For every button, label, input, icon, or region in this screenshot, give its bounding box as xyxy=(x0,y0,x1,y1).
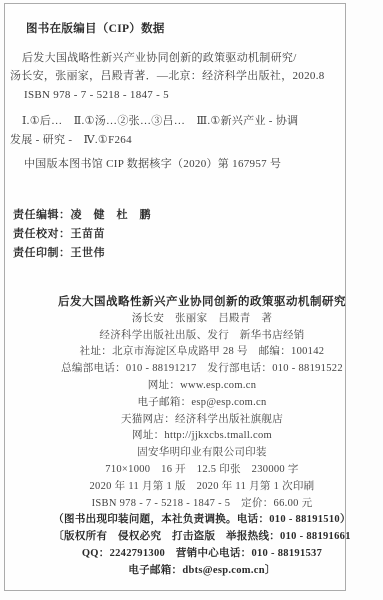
publisher-phones: 总编部电话：010 - 88191217 发行部电话：010 - 8819152… xyxy=(26,361,378,378)
cip-heading: 图书在版编目（CIP）数据 xyxy=(26,20,346,39)
responsible-print-supervisor: 责任印制：王世伟 xyxy=(13,244,151,263)
book-authors: 汤长安 张丽家 吕殿青 著 xyxy=(26,311,378,328)
copyright-notice: 〔版权所有 侵权必究 打击盗版 举报热线：010 - 88191661 xyxy=(26,529,378,546)
publisher-address: 社址：北京市海淀区阜成路甲 28 号 邮编：100142 xyxy=(26,344,378,361)
qq-marketing-line: QQ：2242791300 营销中心电话：010 - 88191537 xyxy=(26,546,378,563)
cip-isbn: ISBN 978 - 7 - 5218 - 1847 - 5 xyxy=(24,86,346,105)
staff-block: 责任编辑：凌 健 杜 鹏 责任校对：王苗苗 责任印制：王世伟 xyxy=(13,206,151,263)
colophon-block: 后发大国战略性新兴产业协同创新的政策驱动机制研究 汤长安 张丽家 吕殿青 著 经… xyxy=(26,294,378,580)
cip-authors-line: 汤长安，张丽家，吕殿青著．—北京：经济科学出版社，2020.8 xyxy=(10,67,346,86)
binding-problem-notice: （图书出现印装问题，本社负责调换。电话：010 - 88191510） xyxy=(26,512,378,529)
printing-company: 固安华明印业有限公司印装 xyxy=(26,445,378,462)
tmall-store: 天猫网店：经济科学出版社旗舰店 xyxy=(26,412,378,429)
responsible-proofreader: 责任校对：王苗苗 xyxy=(13,225,151,244)
cip-title-line: 后发大国战略性新兴产业协同创新的政策驱动机制研究/ xyxy=(22,49,346,68)
cip-record-number: 中国版本图书馆 CIP 数据核字（2020）第 167957 号 xyxy=(24,155,346,174)
cip-data-block: 图书在版编目（CIP）数据 后发大国战略性新兴产业协同创新的政策驱动机制研究/ … xyxy=(10,20,346,174)
book-title: 后发大国战略性新兴产业协同创新的政策驱动机制研究 xyxy=(26,294,378,311)
format-info: 710×1000 16 开 12.5 印张 230000 字 xyxy=(26,462,378,479)
isbn-price: ISBN 978 - 7 - 5218 - 1847 - 5 定价：66.00 … xyxy=(26,496,378,513)
copyright-page: 图书在版编目（CIP）数据 后发大国战略性新兴产业协同创新的政策驱动机制研究/ … xyxy=(0,0,383,600)
publisher-line: 经济科学出版社出版、发行 新华书店经销 xyxy=(26,328,378,345)
cip-classification-line1: Ⅰ.①后… Ⅱ.①汤…②张…③吕… Ⅲ.①新兴产业 - 协调 xyxy=(22,112,346,131)
responsible-editor: 责任编辑：凌 健 杜 鹏 xyxy=(13,206,151,225)
publisher-email: 电子邮箱：esp@esp.com.cn xyxy=(26,395,378,412)
cip-classification-line2: 发展 - 研究 - Ⅳ.①F264 xyxy=(10,131,346,150)
report-email-line: 电子邮箱：dbts@esp.com.cn〕 xyxy=(26,563,378,580)
tmall-url: 网址：http://jjkxcbs.tmall.com xyxy=(26,428,378,445)
edition-info: 2020 年 11 月第 1 版 2020 年 11 月第 1 次印刷 xyxy=(26,479,378,496)
publisher-website: 网址：www.esp.com.cn xyxy=(26,378,378,395)
